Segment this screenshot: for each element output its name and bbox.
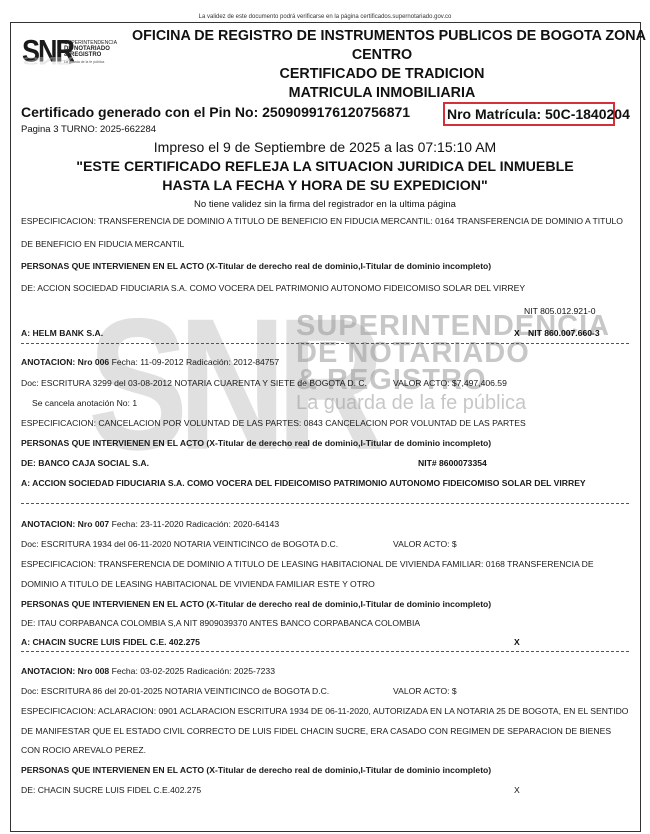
separator [21, 503, 629, 504]
personas-header: PERSONAS QUE INTERVIENEN EN EL ACTO (X-T… [21, 261, 491, 271]
anotacion-006-de: DE: BANCO CAJA SOCIAL S.A. [21, 458, 149, 468]
anotacion-008-de: DE: CHACIN SUCRE LUIS FIDEL C.E.402.275 [21, 785, 201, 795]
anotacion-fecha: Fecha: 03-02-2025 Radicación: 2025-7233 [112, 666, 275, 676]
anotacion-label: ANOTACION: Nro 008 [21, 666, 109, 676]
matricula-number: Nro Matrícula: 50C-1840204 [443, 102, 615, 126]
snr-logo-icon: SNR SNR SUPERINTENDENCIA DE NOTARIADO & … [22, 36, 122, 70]
anotacion-006-cancela: Se cancela anotación No: 1 [32, 398, 137, 408]
prev-a: A: HELM BANK S.A. [21, 328, 103, 338]
print-date: Impreso el 9 de Septiembre de 2025 a las… [0, 139, 650, 155]
anotacion-008-valor: VALOR ACTO: $ [393, 686, 457, 696]
prev-a-mark: X [514, 328, 520, 338]
anotacion-006-a: A: ACCION SOCIEDAD FIDUCIARIA S.A. COMO … [21, 478, 586, 488]
anotacion-007-doc: Doc: ESCRITURA 1934 del 06-11-2020 NOTAR… [21, 539, 338, 549]
personas-header: PERSONAS QUE INTERVIENEN EN EL ACTO (X-T… [21, 765, 491, 775]
anotacion-label: ANOTACION: Nro 007 [21, 519, 109, 529]
separator [21, 651, 629, 652]
certificate-subtitle: MATRICULA INMOBILIARIA [132, 85, 632, 101]
anotacion-008-especificacion-cont2: CON ROCIO AREVALO PEREZ. [21, 745, 146, 755]
prev-especificacion-cont: DE BENEFICIO EN FIDUCIA MERCANTIL [21, 239, 184, 249]
anotacion-label: ANOTACION: Nro 006 [21, 357, 109, 367]
office-title: OFICINA DE REGISTRO DE INSTRUMENTOS PUBL… [132, 28, 632, 44]
anotacion-007-a: A: CHACIN SUCRE LUIS FIDEL C.E. 402.275 [21, 637, 200, 647]
prev-de-nit: NIT 805.012.921-0 [524, 306, 596, 316]
separator [21, 343, 629, 344]
anotacion-006-doc: Doc: ESCRITURA 3299 del 03-08-2012 NOTAR… [21, 378, 367, 388]
prev-especificacion: ESPECIFICACION: TRANSFERENCIA DE DOMINIO… [21, 216, 623, 226]
pin-number: Certificado generado con el Pin No: 2509… [21, 104, 410, 120]
document-content: SNR SNR SUPERINTENDENCIA DE NOTARIADO & … [0, 0, 650, 834]
anotacion-007-header: ANOTACION: Nro 007 Fecha: 23-11-2020 Rad… [21, 519, 279, 529]
anotacion-008-especificacion-cont: DE MANIFESTAR QUE EL ESTADO CIVIL CORREC… [21, 726, 611, 736]
prev-de: DE: ACCION SOCIEDAD FIDUCIARIA S.A. COMO… [21, 283, 525, 293]
office-zone: CENTRO [132, 47, 632, 63]
page-turno: Pagina 3 TURNO: 2025-662284 [21, 124, 156, 135]
anotacion-006-especificacion: ESPECIFICACION: CANCELACION POR VOLUNTAD… [21, 418, 526, 428]
personas-header: PERSONAS QUE INTERVIENEN EN EL ACTO (X-T… [21, 599, 491, 609]
anotacion-007-especificacion-cont: DOMINIO A TITULO DE LEASING HABITACIONAL… [21, 579, 375, 589]
anotacion-fecha: Fecha: 23-11-2020 Radicación: 2020-64143 [112, 519, 280, 529]
anotacion-007-de: DE: ITAU CORPABANCA COLOMBIA S,A NIT 890… [21, 618, 420, 628]
disclaimer-line2: HASTA LA FECHA Y HORA DE SU EXPEDICION" [0, 178, 650, 194]
anotacion-fecha: Fecha: 11-09-2012 Radicación: 2012-84757 [112, 357, 280, 367]
logo-text: SUPERINTENDENCIA DE NOTARIADO & REGISTRO… [64, 40, 117, 65]
validity-note: No tiene validez sin la firma del regist… [0, 199, 650, 210]
logo-tagline: La guarda de la fe pública [64, 59, 117, 65]
anotacion-006-header: ANOTACION: Nro 006 Fecha: 11-09-2012 Rad… [21, 357, 279, 367]
prev-a-nit: NIT 860.007.660-3 [528, 328, 600, 338]
anotacion-008-header: ANOTACION: Nro 008 Fecha: 03-02-2025 Rad… [21, 666, 275, 676]
anotacion-007-a-mark: X [514, 637, 520, 647]
personas-header: PERSONAS QUE INTERVIENEN EN EL ACTO (X-T… [21, 438, 491, 448]
anotacion-007-valor: VALOR ACTO: $ [393, 539, 457, 549]
anotacion-008-especificacion: ESPECIFICACION: ACLARACION: 0901 ACLARAC… [21, 706, 629, 716]
anotacion-008-doc: Doc: ESCRITURA 86 del 20-01-2025 NOTARIA… [21, 686, 329, 696]
anotacion-006-valor: VALOR ACTO: $7,497,406.59 [393, 378, 507, 388]
certificate-title: CERTIFICADO DE TRADICION [132, 66, 632, 82]
anotacion-008-de-mark: X [514, 785, 520, 795]
disclaimer-line1: "ESTE CERTIFICADO REFLEJA LA SITUACION J… [0, 159, 650, 175]
anotacion-007-especificacion: ESPECIFICACION: TRANSFERENCIA DE DOMINIO… [21, 559, 594, 569]
anotacion-006-de-nit: NIT# 8600073354 [418, 458, 487, 468]
